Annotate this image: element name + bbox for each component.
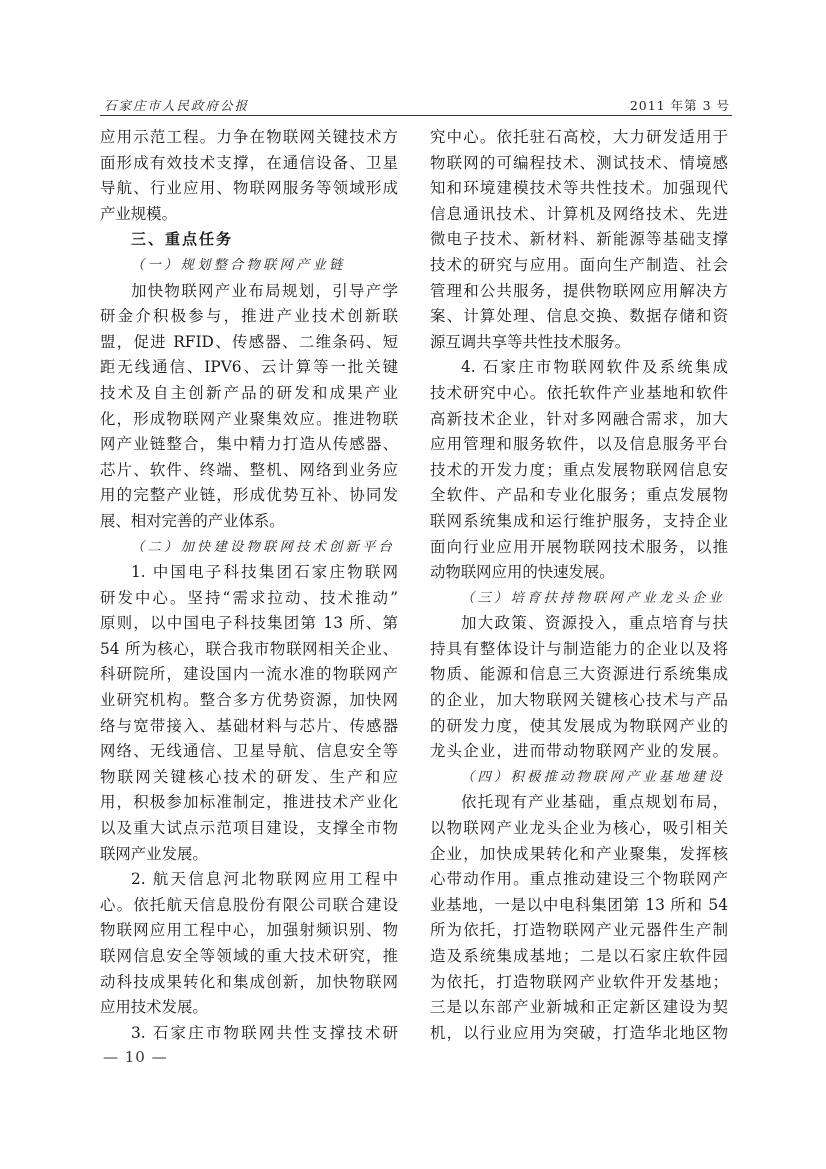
text-line: 持具有整体设计与制造能力的企业以及将 <box>430 637 728 663</box>
text-line: 距无线通信、IPV6、云计算等一批关键 <box>100 355 398 381</box>
text-line: 技术的开发力度；重点发展物联网信息安 <box>430 458 728 484</box>
text-line: 用的完整产业链，形成优势互补、协同发 <box>100 483 398 509</box>
header-rule <box>100 115 732 116</box>
text-line: 联网系统集成和运行维护服务，支持企业 <box>430 509 728 535</box>
text-line: 网产业链整合，集中精力打造从传感器、 <box>100 432 398 458</box>
text-line: 物联网的可编程技术、测试技术、情境感 <box>430 151 728 177</box>
subsection-heading: （二）加快建设物联网技术创新平台 <box>100 535 398 561</box>
text-line: 网络、无线通信、卫星导航、信息安全等 <box>100 739 398 765</box>
text-line: 研发中心。坚持“需求拉动、技术推动” <box>100 586 398 612</box>
text-line: 络与宽带接入、基础材料与芯片、传感器 <box>100 714 398 740</box>
text-line: 芯片、软件、终端、整机、网络到业务应 <box>100 458 398 484</box>
subsection-heading: （一）规划整合物联网产业链 <box>100 253 398 279</box>
text-line: 联网信息安全等领域的重大技术研究，推 <box>100 944 398 970</box>
left-column: 应用示范工程。力争在物联网关键技术方面形成有效技术支撑，在通信设备、卫星导航、行… <box>100 125 398 1046</box>
text-line: 产业规模。 <box>100 202 398 228</box>
paragraph-start-line: 2. 航天信息河北物联网应用工程中 <box>100 867 398 893</box>
text-line: 知和环境建模技术等共性技术。加强现代 <box>430 176 728 202</box>
paragraph-start-line: 加快物联网产业布局规划，引导产学 <box>100 279 398 305</box>
text-line: 面向行业应用开展物联网技术服务，以推 <box>430 535 728 561</box>
text-line: 应用管理和服务软件，以及信息服务平台 <box>430 432 728 458</box>
right-column: 究中心。依托驻石高校，大力研发适用于物联网的可编程技术、测试技术、情境感知和环境… <box>430 125 728 1046</box>
text-line: 应用技术发展。 <box>100 995 398 1021</box>
text-line: 龙头企业，进而带动物联网产业的发展。 <box>430 739 728 765</box>
text-line: 企业，加快成果转化和产业聚集，发挥核 <box>430 842 728 868</box>
text-line: 技术研究中心。依托软件产业基地和软件 <box>430 381 728 407</box>
text-line: 物质、能源和信息三大资源进行系统集成 <box>430 662 728 688</box>
text-line: 全软件、产品和专业化服务；重点发展物 <box>430 483 728 509</box>
text-line: 信息通讯技术、计算机及网络技术、先进 <box>430 202 728 228</box>
text-line: 研金介积极参与，推进产业技术创新联 <box>100 304 398 330</box>
text-line: 以及重大试点示范项目建设，支撑全市物 <box>100 816 398 842</box>
text-line: 盟，促进 RFID、传感器、二维条码、短 <box>100 330 398 356</box>
text-line: 技术及自主创新产品的研发和成果产业 <box>100 381 398 407</box>
text-line: 化，形成物联网产业聚集效应。推进物联 <box>100 407 398 433</box>
text-line: 高新技术企业，针对多网融合需求，加大 <box>430 407 728 433</box>
text-line: 所为依托，打造物联网产业元器件生产制 <box>430 918 728 944</box>
text-line: 科研院所，建设国内一流水准的物联网产 <box>100 662 398 688</box>
text-line: 心带动作用。重点推动建设三个物联网产 <box>430 867 728 893</box>
issue-number: 2011 年第 3 号 <box>630 96 730 114</box>
text-line: 面形成有效技术支撑，在通信设备、卫星 <box>100 151 398 177</box>
text-line: 原则，以中国电子科技集团第 13 所、第 <box>100 611 398 637</box>
text-line: 导航、行业应用、物联网服务等领域形成 <box>100 176 398 202</box>
text-line: 业基地，一是以中电科集团第 13 所和 54 <box>430 893 728 919</box>
text-line: 联网产业发展。 <box>100 842 398 868</box>
text-line: 造及系统集成基地；二是以石家庄软件园 <box>430 944 728 970</box>
paragraph-start-line: 加大政策、资源投入，重点培育与扶 <box>430 611 728 637</box>
text-line: 三是以东部产业新城和正定新区建设为契 <box>430 995 728 1021</box>
paragraph-start-line: 依托现有产业基础，重点规划布局， <box>430 790 728 816</box>
text-line: 应用示范工程。力争在物联网关键技术方 <box>100 125 398 151</box>
text-line: 究中心。依托驻石高校，大力研发适用于 <box>430 125 728 151</box>
text-line: 物联网应用工程中心，加强射频识别、物 <box>100 918 398 944</box>
text-line: 源互调共享等共性技术服务。 <box>430 330 728 356</box>
text-line: 管理和公共服务，提供物联网应用解决方 <box>430 279 728 305</box>
text-line: 的企业，加大物联网关键核心技术与产品 <box>430 688 728 714</box>
paragraph-start-line: 4. 石家庄市物联网软件及系统集成 <box>430 355 728 381</box>
subsection-heading: （四）积极推动物联网产业基地建设 <box>430 765 728 791</box>
text-line: 心。依托航天信息股份有限公司联合建设 <box>100 893 398 919</box>
text-line: 业研究机构。整合多方优势资源，加快网 <box>100 688 398 714</box>
text-line: 物联网关键核心技术的研发、生产和应 <box>100 765 398 791</box>
section-heading: 三、重点任务 <box>100 227 398 253</box>
text-line: 案、计算处理、信息交换、数据存储和资 <box>430 304 728 330</box>
text-line: 以物联网产业龙头企业为核心，吸引相关 <box>430 816 728 842</box>
text-line: 54 所为核心，联合我市物联网相关企业、 <box>100 637 398 663</box>
paragraph-start-line: 1. 中国电子科技集团石家庄物联网 <box>100 560 398 586</box>
text-line: 动物联网应用的快速发展。 <box>430 560 728 586</box>
text-line: 用，积极参加标准制定，推进技术产业化 <box>100 790 398 816</box>
text-line: 的研发力度，使其发展成为物联网产业的 <box>430 714 728 740</box>
text-line: 技术的研究与应用。面向生产制造、社会 <box>430 253 728 279</box>
text-line: 机，以行业应用为突破，打造华北地区物 <box>430 1021 728 1047</box>
text-line: 动科技成果转化和集成创新，加快物联网 <box>100 970 398 996</box>
paragraph-start-line: 3. 石家庄市物联网共性支撑技术研 <box>100 1021 398 1047</box>
publication-title: 石家庄市人民政府公报 <box>104 96 249 114</box>
text-line: 展、相对完善的产业体系。 <box>100 509 398 535</box>
running-header: 石家庄市人民政府公报 2011 年第 3 号 <box>100 94 732 114</box>
text-line: 为依托，打造物联网产业软件开发基地； <box>430 970 728 996</box>
page-number: — 10 — <box>103 1048 168 1066</box>
text-line: 微电子技术、新材料、新能源等基础支撑 <box>430 227 728 253</box>
subsection-heading: （三）培育扶持物联网产业龙头企业 <box>430 586 728 612</box>
